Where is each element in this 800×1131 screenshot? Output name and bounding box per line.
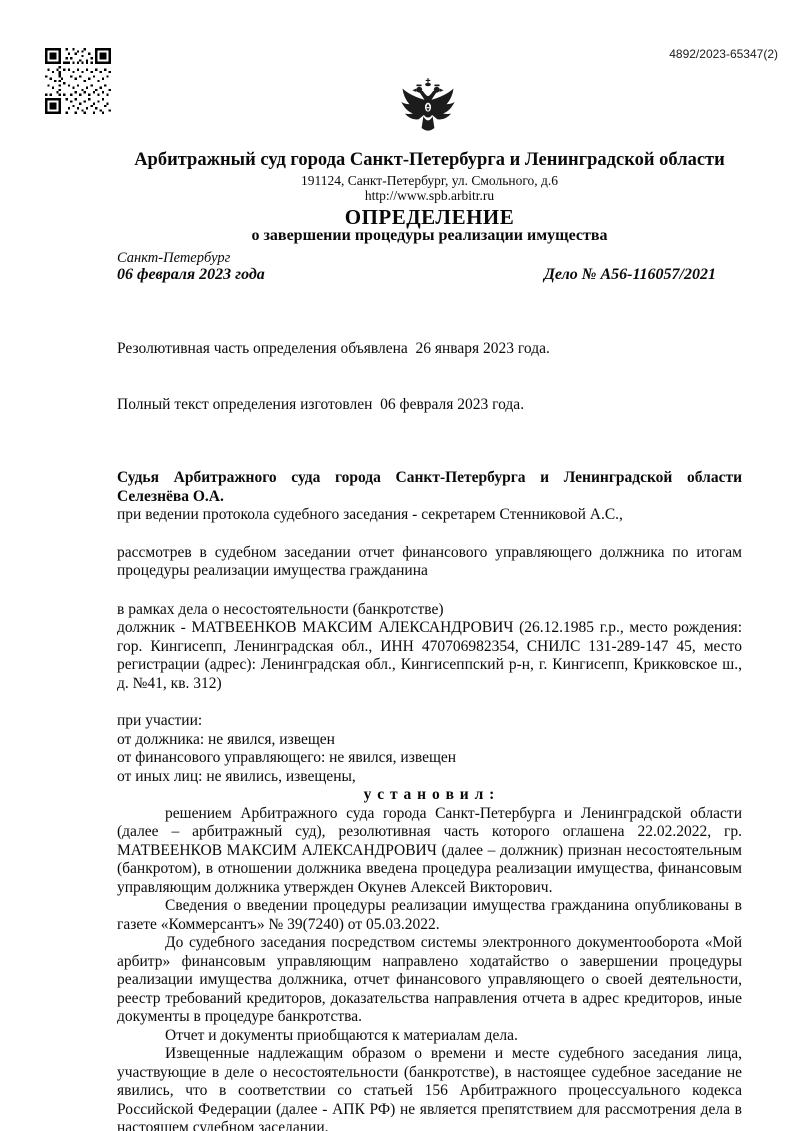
debtor-paragraph: должник - МАТВЕЕНКОВ МАКСИМ АЛЕКСАНДРОВИ… [117,619,742,693]
ustanovil-heading: у с т а н о в и л : [117,786,742,805]
case-number: Дело № А56-116057/2021 [544,267,742,284]
document-page: 4892/2023-65347(2) [0,0,800,1131]
judge-name: Селезнёва О.А. [117,488,742,507]
document-subtitle: о завершении процедуры реализации имущес… [117,228,742,244]
body-paragraph-5: Извещенные надлежащим образом о времени … [117,1045,742,1131]
document-title: ОПРЕДЕЛЕНИЕ [117,206,742,228]
considered-paragraph: рассмотрев в судебном заседании отчет фи… [117,544,742,581]
resolutive-announced-line: Резолютивная часть определения объявлена… [117,340,742,359]
court-name: Арбитражный суд города Санкт-Петербурга … [117,150,742,170]
secretary-line: при ведении протокола судебного заседани… [117,506,742,525]
case-frame-line: в рамках дела о несостоятельности (банкр… [117,601,742,620]
decision-date: 06 февраля 2023 года [117,267,265,284]
judge-block: Судья Арбитражного суда города Санкт-Пет… [117,469,742,506]
body-paragraph-1: решением Арбитражного суда города Санкт-… [117,805,742,898]
attendance-block: при участии: от должника: не явился, изв… [117,712,742,786]
body-paragraph-2: Сведения о введении процедуры реализации… [117,897,742,934]
court-website: http://www.spb.arbitr.ru [117,189,742,203]
attendance-debtor-line: от должника: не явился, извещен [117,731,742,750]
resolutive-block: Резолютивная часть определения объявлена… [117,303,742,451]
attendance-manager-line: от финансового управляющего: не явился, … [117,749,742,768]
judge-line: Судья Арбитражного суда города Санкт-Пет… [117,469,742,488]
date-case-row: 06 февраля 2023 года Дело № А56-116057/2… [117,267,742,284]
document-content: Арбитражный суд города Санкт-Петербурга … [0,0,800,1131]
attendance-others-line: от иных лиц: не явились, извещены, [117,768,742,787]
resolutive-fulltext-line: Полный текст определения изготовлен 06 ф… [117,396,742,415]
body-paragraph-3: До судебного заседания посредством систе… [117,934,742,1027]
court-address: 191124, Санкт-Петербург, ул. Смольного, … [117,174,742,188]
place-line: Санкт-Петербург [117,251,742,266]
body-paragraph-4: Отчет и документы приобщаются к материал… [117,1027,742,1046]
attendance-header: при участии: [117,712,742,731]
